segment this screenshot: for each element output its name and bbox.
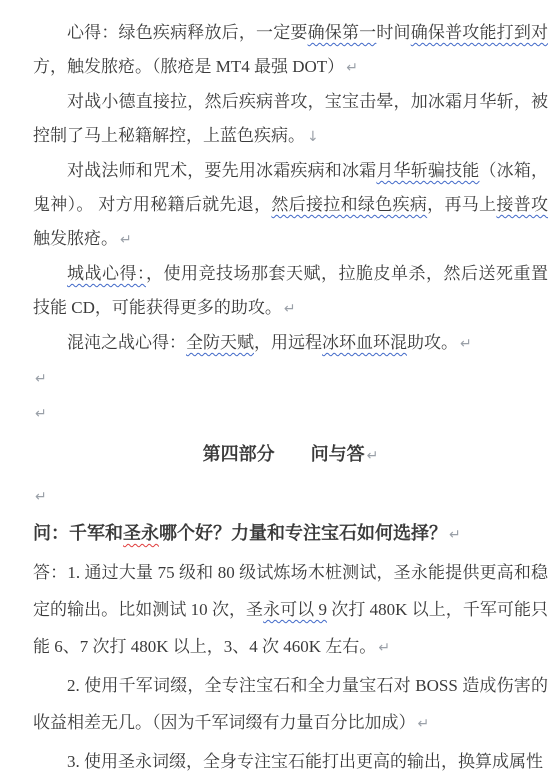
text-run: 助攻。 bbox=[407, 333, 458, 352]
paragraph: 心得：绿色疾病释放后，一定要确保第一时间确保普攻能打到对方，触发脓疮。（脓疮是 … bbox=[33, 16, 548, 85]
paragraph-mark-icon: ↵ bbox=[33, 489, 47, 505]
paragraph-mark-icon: ↵ bbox=[118, 232, 132, 248]
empty-line: ↵ bbox=[33, 479, 548, 514]
question-paragraph: 问：千军和圣永哪个好？力量和专注宝石如何选择？↵ bbox=[33, 514, 548, 554]
paragraph-mark-icon: ↵ bbox=[447, 527, 461, 543]
paragraph-mark-icon: ↵ bbox=[282, 301, 296, 317]
text-run: 第四部分 问与答 bbox=[203, 444, 365, 464]
spellcheck-flagged-text: 然后接拉和绿色疾病 bbox=[271, 195, 427, 214]
paragraph-mark-icon: ↵ bbox=[458, 336, 472, 352]
spellcheck-flagged-text: 永可以 9 bbox=[263, 600, 327, 619]
text-run: 心得：绿色疾病释放后，一定要 bbox=[67, 23, 308, 42]
paragraph: 对战小德直接拉，然后疾病普攻，宝宝击晕，加冰霜月华斩，被控制了马上秘籍解控，上蓝… bbox=[33, 85, 548, 154]
spellcheck-flagged-text: 全防天赋 bbox=[186, 333, 254, 352]
text-run: 对战小德直接拉，然后疾病普攻，宝宝击晕，加冰霜月华斩，被控制了马上秘籍解控，上蓝… bbox=[33, 92, 548, 145]
paragraph-mark-icon: ↵ bbox=[365, 448, 379, 464]
spellcheck-flagged-text: 冰环血环混 bbox=[322, 333, 407, 352]
paragraph-mark-icon: ↵ bbox=[416, 716, 430, 732]
section-heading: 第四部分 问与答↵ bbox=[33, 431, 548, 479]
text-run: 问：千军和 bbox=[33, 523, 123, 543]
document-page[interactable]: 心得：绿色疾病释放后，一定要确保第一时间确保普攻能打到对方，触发脓疮。（脓疮是 … bbox=[0, 0, 558, 775]
paragraph-mark-icon: ↵ bbox=[344, 60, 358, 76]
text-run: 对战法师和咒术，要先用冰霜疾病和冰霜 bbox=[67, 161, 376, 180]
text-run: 时间 bbox=[376, 23, 410, 42]
spellcheck-flagged-text: 确保第一 bbox=[308, 23, 377, 42]
answer-paragraph: 3. 使用圣永词缀，全身专注宝石能打出更高的输出，换算成属性 bbox=[33, 743, 548, 775]
paragraph: 城战心得：，使用竞技场那套天赋，拉脆皮单杀，然后送死重置技能 CD，可能获得更多… bbox=[33, 257, 548, 326]
text-run: 2. 使用千军词缀，全专注宝石和全力量宝石对 BOSS 造成伤害的收益相差无几。… bbox=[33, 676, 548, 732]
answer-paragraph: 2. 使用千军词缀，全专注宝石和全力量宝石对 BOSS 造成伤害的收益相差无几。… bbox=[33, 667, 548, 743]
paragraph-mark-icon: ↵ bbox=[376, 640, 390, 656]
text-run: 哪个好？力量和专注宝石如何选择？ bbox=[159, 523, 447, 543]
text-run: 3. 使用圣永词缀，全身专注宝石能打出更高的输出，换算成属性 bbox=[67, 752, 543, 771]
spellcheck-flagged-text: 确保普攻能打到对 bbox=[411, 23, 548, 42]
text-run: 触发脓疮。 bbox=[33, 229, 118, 248]
spellcheck-flagged-text: 圣永 bbox=[123, 523, 159, 543]
empty-line: ↵ bbox=[33, 361, 548, 396]
paragraphs-container: 心得：绿色疾病释放后，一定要确保第一时间确保普攻能打到对方，触发脓疮。（脓疮是 … bbox=[33, 16, 548, 775]
empty-line: ↵ bbox=[33, 396, 548, 431]
paragraph-mark-icon: ↵ bbox=[33, 371, 47, 387]
spellcheck-flagged-text: 接普攻 bbox=[496, 195, 548, 214]
text-run: ，用远程 bbox=[254, 333, 322, 352]
paragraph: 混沌之战心得：全防天赋，用远程冰环血环混助攻。↵ bbox=[33, 326, 548, 361]
paragraph: 对战法师和咒术，要先用冰霜疾病和冰霜月华斩骗技能（冰箱，鬼神）。 对方用秘籍后就… bbox=[33, 154, 548, 257]
text-run: 方，触发脓疮。（脓疮是 MT4 最强 DOT） bbox=[33, 57, 344, 76]
paragraph-mark-icon: ↵ bbox=[33, 406, 47, 422]
answer-paragraph: 答：1. 通过大量 75 级和 80 级试炼场木桩测试，圣永能提供更高和稳定的输… bbox=[33, 554, 548, 667]
line-break-icon: ↓ bbox=[305, 129, 319, 145]
text-run: ，再马上 bbox=[427, 195, 496, 214]
spellcheck-flagged-text: 月华斩骗技能 bbox=[376, 161, 479, 180]
text-run: 混沌之战心得： bbox=[67, 333, 186, 352]
spellcheck-flagged-text: 城战心得： bbox=[67, 264, 146, 283]
